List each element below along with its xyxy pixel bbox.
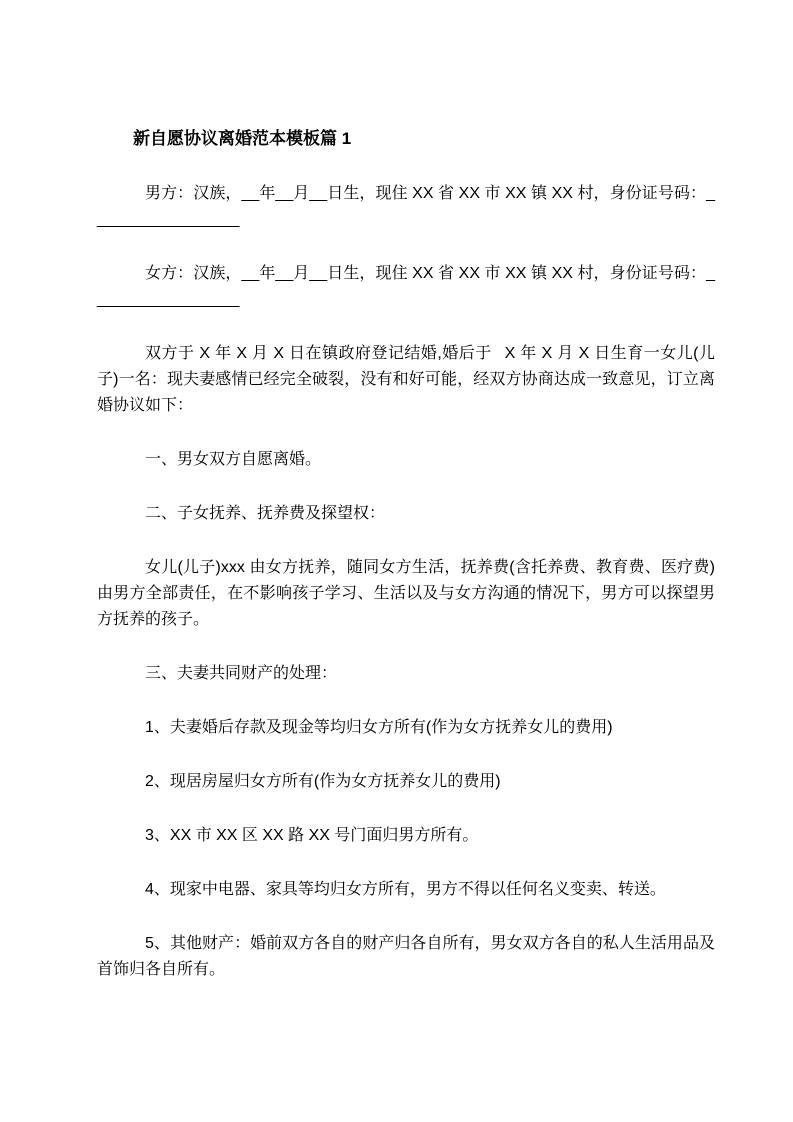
paragraph-clause-2-custody-heading: 二、子女抚养、抚养费及探望权： [97,501,715,527]
paragraph-clause-3-property-heading: 三、夫妻共同财产的处理： [97,661,715,687]
paragraph-property-item-2: 2、现居房屋归女方所有(作为女方抚养女儿的费用) [97,769,715,795]
paragraph-property-item-3: 3、XX 市 XX 区 XX 路 XX 号门面归男方所有。 [97,823,715,849]
paragraph-property-item-1: 1、夫妻婚后存款及现金等均归女方所有(作为女方抚养女儿的费用) [97,715,715,741]
document-title: 新自愿协议离婚范本模板篇 1 [97,126,715,152]
document-page: 新自愿协议离婚范本模板篇 1 男方：汉族，__年__月__日生，现住 XX 省 … [0,0,793,1122]
paragraph-party-female-info: 女方：汉族，__年__月__日生，现住 XX 省 XX 市 XX 镇 XX 村，… [97,261,715,313]
paragraph-marriage-background: 双方于 X 年 X 月 X 日在镇政府登记结婚,婚后于 X 年 X 月 X 日生… [97,341,715,419]
paragraph-custody-detail: 女儿(儿子)xxx 由女方抚养，随同女方生活，抚养费(含托养费、教育费、医疗费)… [97,555,715,633]
paragraph-clause-1-voluntary-divorce: 一、男女双方自愿离婚。 [97,447,715,473]
paragraph-property-item-5: 5、其他财产：婚前双方各自的财产归各自所有，男女双方各自的私人生活用品及首饰归各… [97,931,715,983]
paragraph-party-male-info: 男方：汉族，__年__月__日生，现住 XX 省 XX 市 XX 镇 XX 村，… [97,181,715,233]
paragraph-property-item-4: 4、现家中电器、家具等均归女方所有，男方不得以任何名义变卖、转送。 [97,877,715,903]
